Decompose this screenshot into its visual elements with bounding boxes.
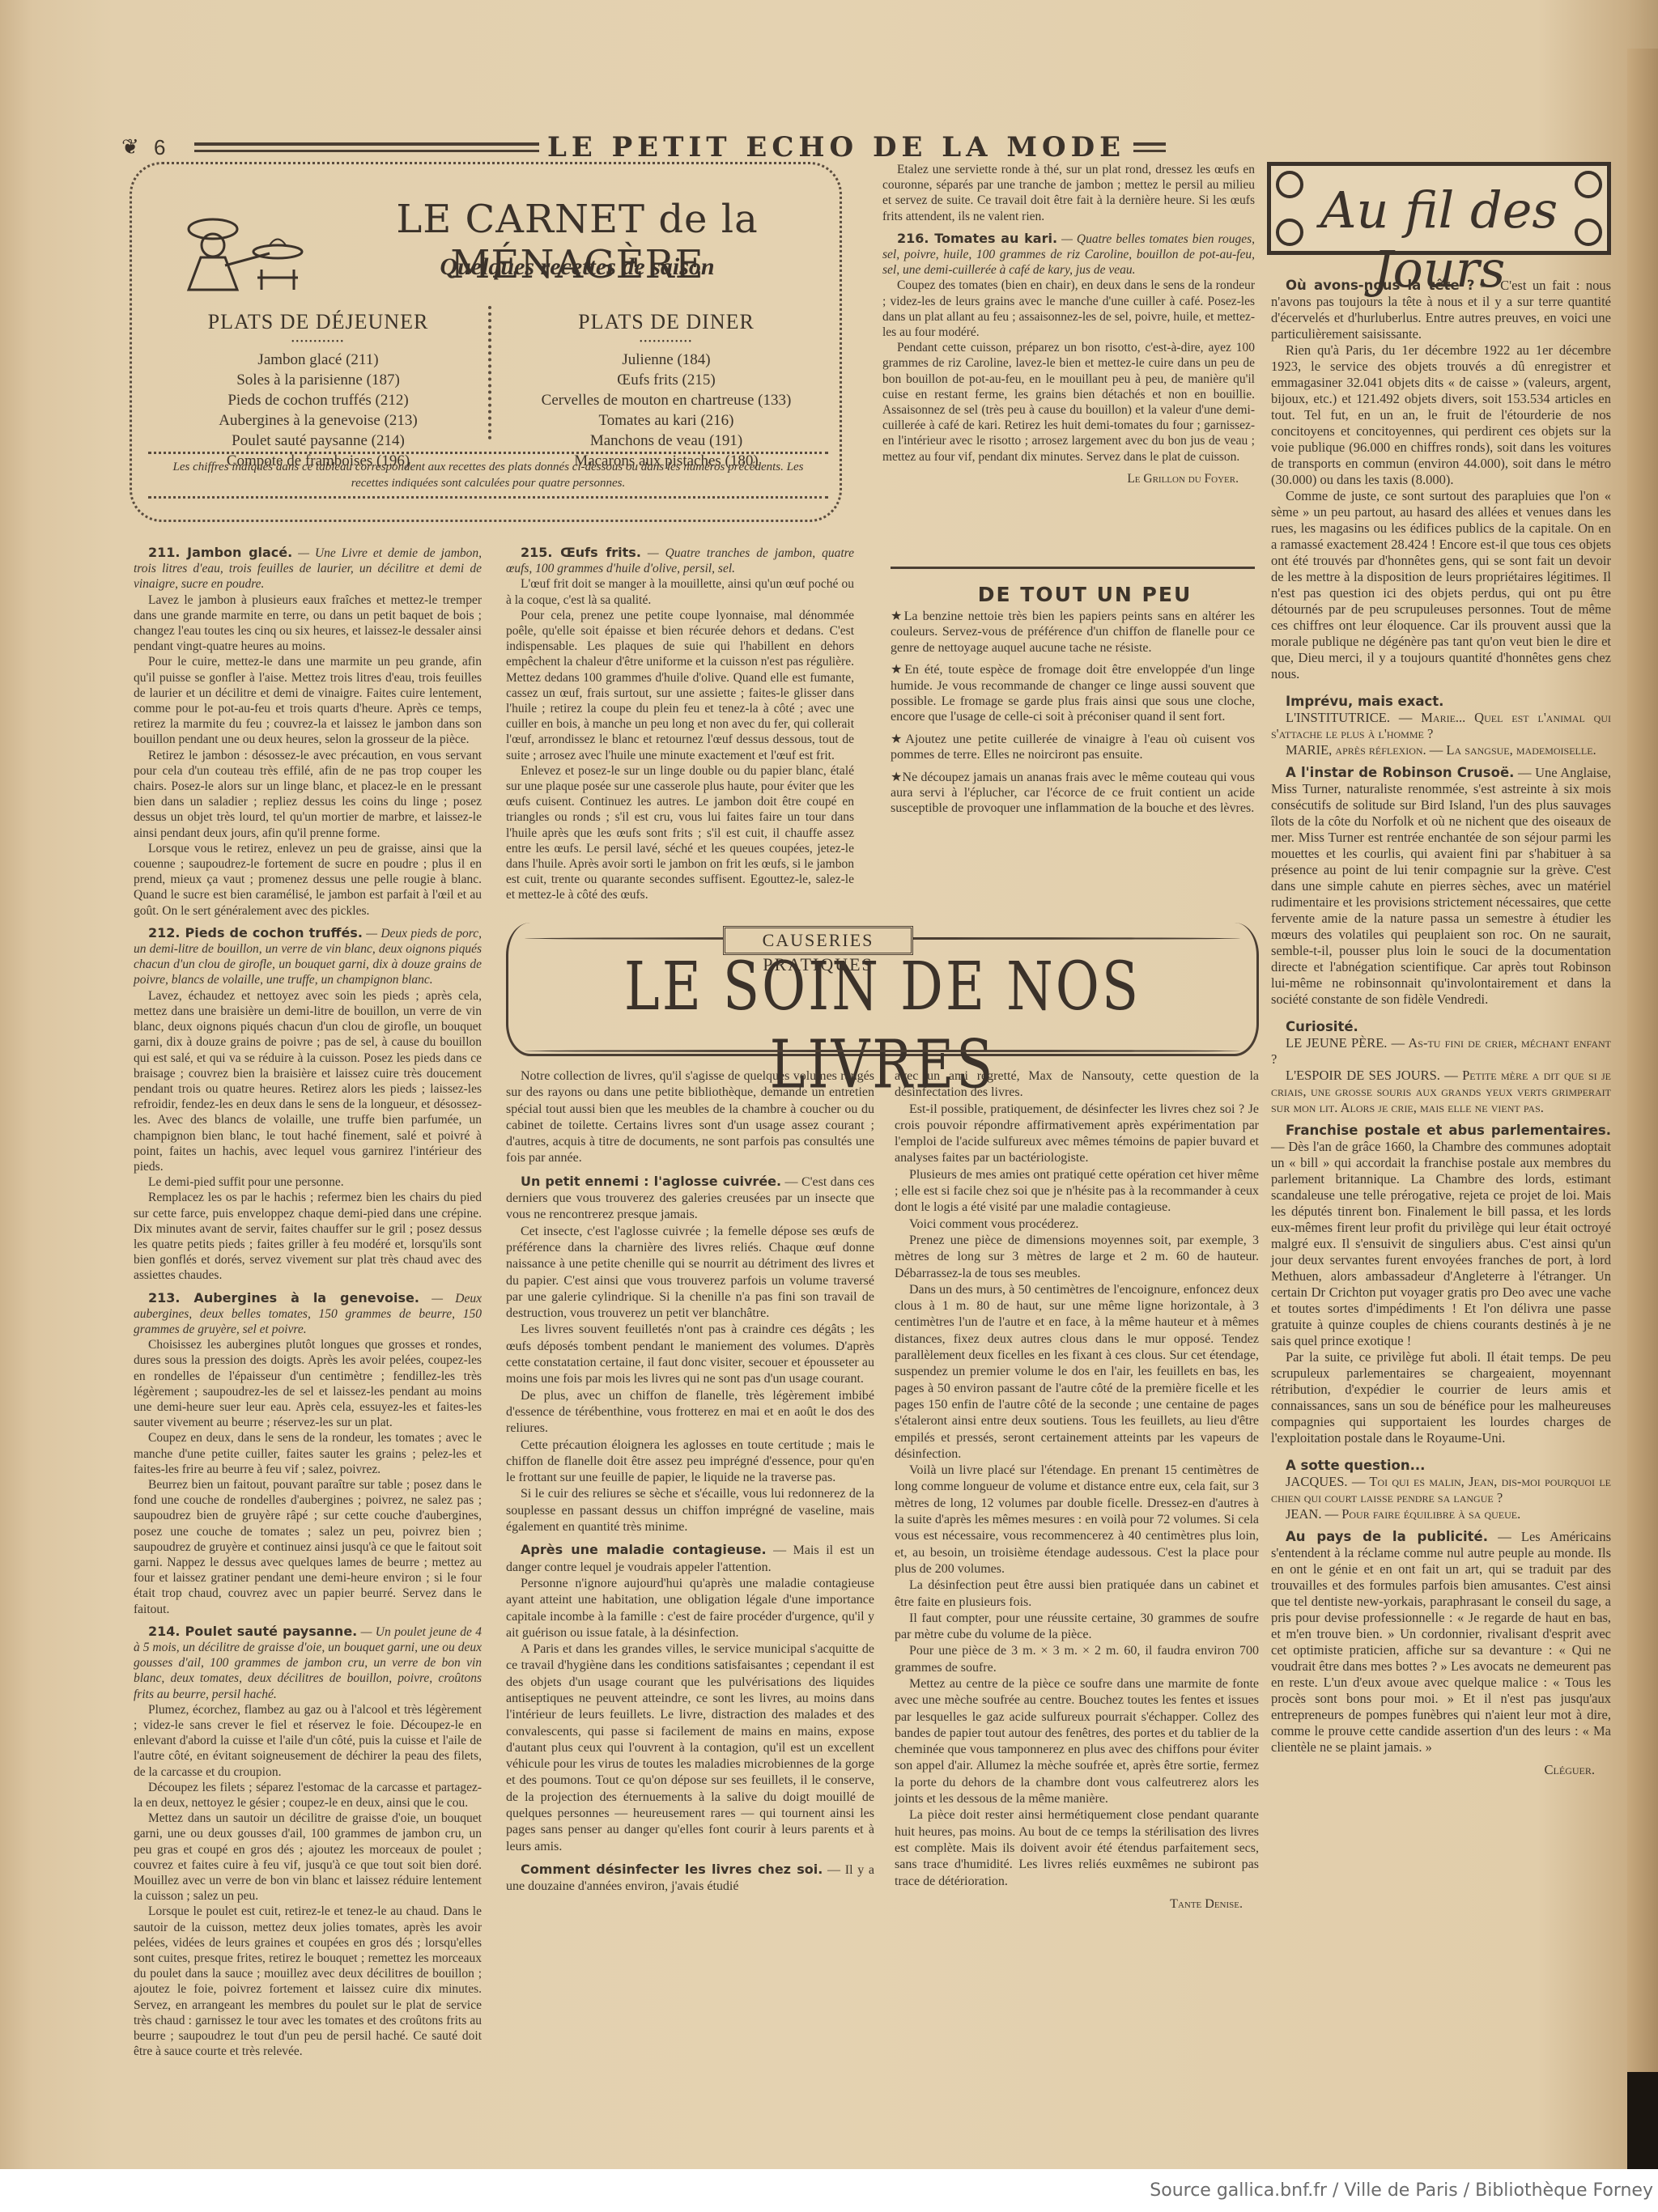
item-heading: Curiosité. <box>1271 1019 1611 1035</box>
paragraph: Par la suite, ce privilège fut aboli. Il… <box>1271 1349 1611 1446</box>
menu-diner: PLATS DE DINER •••••••••••• Julienne (18… <box>504 310 828 471</box>
paragraph: Notre collection de livres, qu'il s'agis… <box>506 1068 874 1167</box>
ornament-icon: ❦ <box>121 135 154 159</box>
paragraph: Etalez une serviette ronde à thé, sur un… <box>882 162 1255 224</box>
page-number: 6 <box>154 135 186 160</box>
item-heading: Au pays de la publicité. — Les Américain… <box>1271 1529 1611 1756</box>
paragraph: Il faut compter, pour une réussite certa… <box>895 1611 1259 1644</box>
paragraph: Si le cuir des reliures se sèche et s'éc… <box>506 1486 874 1535</box>
article-column-1: Notre collection de livres, qu'il s'agis… <box>506 1068 874 1896</box>
paragraph: Pendant cette cuisson, préparez un bon r… <box>882 340 1255 465</box>
menu-item: Soles à la parisienne (187) <box>156 370 480 390</box>
paragraph: Enlevez et posez-le sur un linge double … <box>506 763 854 903</box>
paragraph: Coupez des tomates (bien en chair), en d… <box>882 278 1255 340</box>
masthead-title: LE PETIT ECHO DE LA MODE <box>547 131 1125 163</box>
menu-heading: PLATS DE DÉJEUNER <box>156 310 480 334</box>
book-spine-shadow <box>1627 2072 1658 2169</box>
paragraph: Comme de juste, ce sont surtout des para… <box>1271 488 1611 682</box>
paragraph: Voici comment vous procéderez. <box>895 1216 1259 1233</box>
masthead-rule <box>1133 142 1166 152</box>
paragraph: Le demi-pied suffit pour une personne. <box>134 1174 482 1190</box>
recipe-211: 211. Jambon glacé. — Une Livre et demie … <box>134 545 482 592</box>
paragraph: L'œuf frit doit se manger à la mouillett… <box>506 576 854 607</box>
item-heading: A l'instar de Robinson Crusoë. — Une Ang… <box>1271 765 1611 1008</box>
dialogue-line: JEAN. — Pour faire équilibre à sa queue. <box>1271 1506 1611 1522</box>
recipes-column-2: 215. Œufs frits. — Quatre tranches de ja… <box>506 538 854 903</box>
dialogue-line: L'INSTITUTRICE. — Marie... Quel est l'an… <box>1271 710 1611 742</box>
recipes-column-3: Etalez une serviette ronde à thé, sur un… <box>882 162 1255 486</box>
book-spine <box>1627 49 1658 2169</box>
newspaper-page: ❦ 6 LE PETIT ECHO DE LA MODE LE CARNET d… <box>0 0 1658 2169</box>
dialogue-line: L'ESPOIR DE SES JOURS. — Petite mère a d… <box>1271 1068 1611 1116</box>
tip-item: ★Ne découpez jamais un ananas frais avec… <box>891 770 1255 817</box>
paragraph: Remplacez les os par le hachis ; referme… <box>134 1190 482 1283</box>
article-column-2: avec un ami regretté, Max de Nansouty, c… <box>895 1068 1259 1913</box>
paragraph: Beurrez bien un faitout, pouvant paraîtr… <box>134 1477 482 1617</box>
paragraph: A Paris et dans les grandes villes, le s… <box>506 1641 874 1855</box>
menu-item: Œufs frits (215) <box>504 370 828 390</box>
menu-divider <box>488 306 491 439</box>
paragraph: Cette précaution éloignera les aglosses … <box>506 1437 874 1487</box>
item-heading: Où avons-nous la tête ? — C'est un fait … <box>1271 278 1611 342</box>
paragraph: avec un ami regretté, Max de Nansouty, c… <box>895 1068 1259 1102</box>
menu-item: Manchons de veau (191) <box>504 431 828 451</box>
paragraph: Retirez le jambon : désossez-le avec pré… <box>134 748 482 841</box>
dialogue-line: LE JEUNE PÈRE. — As-tu fini de crier, mé… <box>1271 1035 1611 1068</box>
paragraph: Mettez dans un sautoir un décilitre de g… <box>134 1811 482 1904</box>
de-tout-un-peu-section: ★La benzine nettoie très bien les papier… <box>891 609 1255 823</box>
paragraph: Voilà un livre placé sur l'étendage. En … <box>895 1463 1259 1577</box>
menu-heading: PLATS DE DINER <box>504 310 828 334</box>
paragraph: Lavez le jambon à plusieurs eaux fraîche… <box>134 592 482 655</box>
paragraph: Découpez les filets ; séparez l'estomac … <box>134 1780 482 1811</box>
paragraph: Rien qu'à Paris, du 1er décembre 1922 au… <box>1271 342 1611 488</box>
ornament-rule <box>891 567 1255 581</box>
recipe-216: 216. Tomates au kari. — Quatre belles to… <box>882 231 1255 278</box>
subheading-paragraph: Après une maladie contagieuse. — Mais il… <box>506 1542 874 1576</box>
source-credit: Source gallica.bnf.fr / Ville de Paris /… <box>1150 2180 1653 2201</box>
menu-item: Poulet sauté paysanne (214) <box>156 431 480 451</box>
section-title-de-tout-un-peu: DE TOUT UN PEU <box>955 583 1214 606</box>
item-heading: Imprévu, mais exact. <box>1271 694 1611 710</box>
carnet-note: Les chiffres indiqués dans ce tableau co… <box>148 452 828 499</box>
tip-item: ★En été, toute espèce de fromage doit êt… <box>891 662 1255 725</box>
tip-item: ★La benzine nettoie très bien les papier… <box>891 609 1255 656</box>
recipe-212: 212. Pieds de cochon truffés. — Deux pie… <box>134 925 482 988</box>
paragraph: Pour le cuire, mettez-le dans une marmit… <box>134 654 482 747</box>
paragraph: Plumez, écorchez, flambez au gaz ou à l'… <box>134 1702 482 1780</box>
menu-item: Tomates au kari (216) <box>504 410 828 431</box>
signature: Cléguer. <box>1271 1762 1611 1778</box>
paragraph: Lorsque vous le retirez, enlevez un peu … <box>134 841 482 919</box>
paragraph: Pour cela, prenez une petite coupe lyonn… <box>506 608 854 763</box>
paragraph: Les livres souvent feuilletés n'ont pas … <box>506 1322 874 1387</box>
subheading-paragraph: Un petit ennemi : l'aglosse cuivrée. — C… <box>506 1174 874 1224</box>
menu-dejeuner: PLATS DE DÉJEUNER •••••••••••• Jambon gl… <box>156 310 480 471</box>
paragraph: Dans un des murs, à 50 centimètres de l'… <box>895 1282 1259 1463</box>
paragraph: Lavez, échaudez et nettoyez avec soin le… <box>134 988 482 1174</box>
carnet-menagere-box: LE CARNET de la MÉNAGÈRE Quelques recett… <box>130 162 842 522</box>
carnet-subtitle: Quelques recettes de saison <box>334 253 820 281</box>
subheading-paragraph: Comment désinfecter les livres chez soi.… <box>506 1862 874 1896</box>
dotted-rule: •••••••••••• <box>156 338 480 346</box>
paragraph: Mettez au centre de la pièce ce soufre d… <box>895 1676 1259 1807</box>
item-heading: Franchise postale et abus parlementaires… <box>1271 1123 1611 1349</box>
causeries-banner: CAUSERIES PRATIQUES LE SOIN DE NOS LIVRE… <box>506 923 1259 1056</box>
paragraph: Coupez en deux, dans le sens de la ronde… <box>134 1430 482 1477</box>
au-fil-des-jours-column: Où avons-nous la tête ? — C'est un fait … <box>1271 271 1611 1778</box>
menu-item: Jambon glacé (211) <box>156 350 480 370</box>
recipe-214: 214. Poulet sauté paysanne. — Un poulet … <box>134 1624 482 1702</box>
masthead-rule <box>194 142 539 152</box>
recipe-215: 215. Œufs frits. — Quatre tranches de ja… <box>506 545 854 576</box>
dialogue-line: MARIE, après réflexion. — La sangsue, ma… <box>1271 742 1611 758</box>
paragraph: Cet insecte, c'est l'aglosse cuivrée ; l… <box>506 1224 874 1323</box>
paragraph: La désinfection peut être aussi bien pra… <box>895 1577 1259 1611</box>
signature: Tante Denise. <box>895 1896 1259 1913</box>
paragraph: Plusieurs de mes amies ont pratiqué cett… <box>895 1167 1259 1216</box>
tip-item: ★Ajoutez une petite cuillerée de vinaigr… <box>891 732 1255 763</box>
paragraph: Est-il possible, pratiquement, de désinf… <box>895 1102 1259 1167</box>
paragraph: Personne n'ignore aujourd'hui qu'après u… <box>506 1576 874 1641</box>
masthead: ❦ 6 LE PETIT ECHO DE LA MODE <box>121 129 1174 165</box>
paragraph: Pour une pièce de 3 m. × 3 m. × 2 m. 60,… <box>895 1643 1259 1676</box>
paragraph: La pièce doit rester ainsi hermétiquemen… <box>895 1807 1259 1889</box>
paragraph: Lorsque le poulet est cuit, retirez-le e… <box>134 1904 482 2059</box>
recipe-213: 213. Aubergines à la genevoise. — Deux a… <box>134 1290 482 1338</box>
recipes-column-1: 211. Jambon glacé. — Une Livre et demie … <box>134 538 482 2060</box>
menu-item: Pieds de cochon truffés (212) <box>156 390 480 410</box>
dialogue-line: JACQUES. — Toi qui es malin, Jean, dis-m… <box>1271 1474 1611 1506</box>
au-fil-des-jours-header: Au fil des Jours <box>1267 162 1611 255</box>
paragraph: Choisissez les aubergines plutôt longues… <box>134 1337 482 1430</box>
item-heading: A sotte question... <box>1271 1458 1611 1474</box>
dotted-rule: •••••••••••• <box>504 338 828 346</box>
menu-item: Cervelles de mouton en chartreuse (133) <box>504 390 828 410</box>
cook-illustration-icon <box>156 189 318 294</box>
paragraph: Prenez une pièce de dimensions moyennes … <box>895 1233 1259 1282</box>
paragraph: De plus, avec un chiffon de flanelle, tr… <box>506 1388 874 1437</box>
signature: Le Grillon du Foyer. <box>882 471 1255 486</box>
menu-item: Julienne (184) <box>504 350 828 370</box>
menu-item: Aubergines à la genevoise (213) <box>156 410 480 431</box>
